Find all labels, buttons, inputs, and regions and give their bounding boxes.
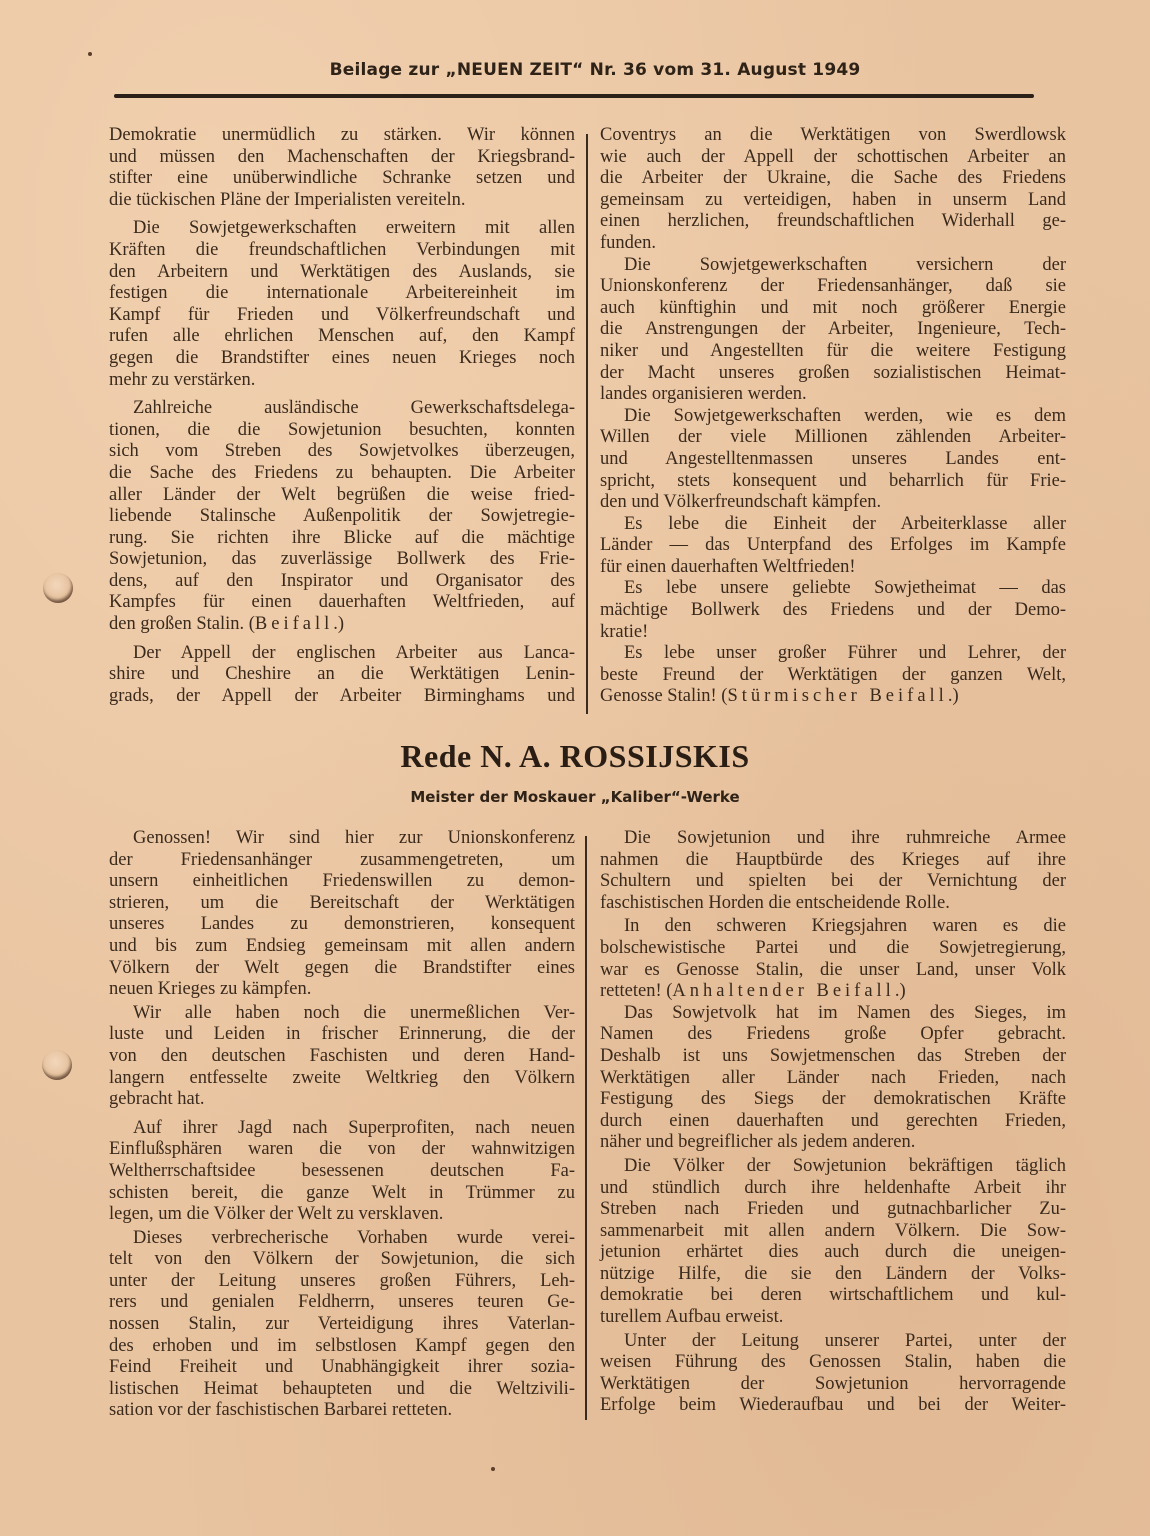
text-line: Kampfes für einen dauerhaften Weltfriede… (109, 592, 575, 614)
text-line: Dieses verbrecherische Vorhaben wurde ve… (109, 1228, 575, 1250)
text-line: und bis zum Endsieg gemeinsam mit allen … (109, 936, 575, 958)
text-line: turellem Aufbau erweist. (600, 1307, 1066, 1329)
text-line: festigen die internationale Arbeitereinh… (109, 283, 575, 305)
text-line-content: telt von den Völkern der Sowjetunion, di… (109, 1249, 575, 1269)
paragraph-gap (109, 211, 575, 218)
text-line-content: Genosse Stalin! ( (600, 686, 727, 706)
text-line-content: sich vom Streben des Sowjetvolkes überze… (109, 441, 575, 461)
text-line: faschistischen Horden die entscheidende … (600, 893, 1066, 915)
text-line: rufen alle ehrlichen Menschen auf, den K… (109, 326, 575, 348)
text-line-content: retteten! ( (600, 981, 672, 1001)
text-line: unseres Landes zu demonstrieren, konsequ… (109, 914, 575, 936)
bottom-left-column: Genossen! Wir sind hier zur Unionskonfer… (109, 828, 575, 1422)
text-line-content: die Arbeiter der Ukraine, die Sache des … (600, 168, 1066, 188)
text-line-content: demokratie bei deren wirtschaftlichem un… (600, 1285, 1066, 1305)
text-line: nahmen die Hauptbürde des Krieges auf ih… (600, 850, 1066, 872)
text-line-content: Kampfes für einen dauerhaften Weltfriede… (109, 592, 575, 612)
text-line-content: den Arbeitern und Werktätigen des Auslan… (109, 262, 575, 282)
text-line: telt von den Völkern der Sowjetunion, di… (109, 1249, 575, 1271)
text-line-suffix: .) (948, 686, 959, 706)
text-line: listischen Heimat behaupteten und die We… (109, 1379, 575, 1401)
text-line: Festigung des Siegs der demokratischen K… (600, 1089, 1066, 1111)
text-line-content: Länder — das Unterpfand des Erfolges im … (600, 535, 1066, 555)
text-line: mehr zu verstärken. (109, 370, 575, 392)
text-line-suffix: .) (333, 614, 344, 634)
text-line-content: Weltherrschaftsidee besessenen deutschen… (109, 1161, 575, 1181)
text-line-content: Die Völker der Sowjetunion bekräftigen t… (624, 1156, 1066, 1176)
text-line-content: Schultern und spielten bei der Vernichtu… (600, 871, 1066, 891)
text-line-content: landes organisieren werden. (600, 384, 807, 404)
text-line: Willen der viele Millionen zählenden Arb… (600, 427, 1066, 449)
text-line: Der Appell der englischen Arbeiter aus L… (109, 643, 575, 665)
text-line: niker und Angestellten für die weitere F… (600, 341, 1066, 363)
text-line-content: weisen Führung des Genossen Stalin, habe… (600, 1352, 1066, 1372)
text-line: neuen Krieges zu kämpfen. (109, 979, 575, 1001)
text-line-content: von den deutschen Faschisten und deren H… (109, 1046, 575, 1066)
text-line: tionen, die die Sowjetunion besuchten, k… (109, 420, 575, 442)
applause-note: Beifall (255, 614, 333, 634)
top-left-column: Demokratie unermüdlich zu stärken. Wir k… (109, 125, 575, 707)
text-line: die Anstrengungen der Arbeiter, Ingenieu… (600, 319, 1066, 341)
text-line: Die Sowjetgewerkschaften versichern der (600, 255, 1066, 277)
text-line-content: und müssen den Machenschaften der Kriegs… (109, 147, 575, 167)
text-line-content: sammenarbeit mit allen andern Völkern. D… (600, 1221, 1066, 1241)
text-line-content: Sowjetunion, das zuverlässige Bollwerk d… (109, 549, 575, 569)
text-line-content: aller Länder der Welt begrüßen die weise… (109, 485, 575, 505)
text-line-content: Völkern der Welt gegen die Brandstifter … (109, 958, 575, 978)
text-line: nützige Hilfe, die sie den Ländern der V… (600, 1264, 1066, 1286)
text-line-content: wie auch der Appell der schottischen Arb… (600, 147, 1066, 167)
text-line-content: und bis zum Endsieg gemeinsam mit allen … (109, 936, 575, 956)
text-line: shire und Cheshire an die Werktätigen Le… (109, 664, 575, 686)
text-line-content: spricht, stets konsequent und beharrlich… (600, 471, 1066, 491)
punch-hole (43, 573, 73, 603)
text-line: Kampf für Frieden und Völkerfreundschaft… (109, 305, 575, 327)
text-line: die tückischen Pläne der Imperialisten v… (109, 190, 575, 212)
paragraph-gap (109, 1111, 575, 1118)
text-line-content: des erhoben und im selbstlosen Kampf geg… (109, 1336, 575, 1356)
text-line: Die Sowjetunion und ihre ruhmreiche Arme… (600, 828, 1066, 850)
text-line: demokratie bei deren wirtschaftlichem un… (600, 1285, 1066, 1307)
text-line: Die Völker der Sowjetunion bekräftigen t… (600, 1156, 1066, 1178)
text-line: mächtige Bollwerk des Friedens und der D… (600, 600, 1066, 622)
text-line-content: Die Sowjetgewerkschaften werden, wie es … (624, 406, 1066, 426)
text-line: einen herzlichen, freundschaftlichen Wid… (600, 211, 1066, 233)
text-line-content: niker und Angestellten für die weitere F… (600, 341, 1066, 361)
text-line-content: rufen alle ehrlichen Menschen auf, den K… (109, 326, 575, 346)
text-line: Weltherrschaftsidee besessenen deutschen… (109, 1161, 575, 1183)
text-line-content: Coventrys an die Werktätigen von Swerdlo… (600, 125, 1066, 145)
text-line-content: listischen Heimat behaupteten und die We… (109, 1379, 575, 1399)
text-line-content: bolschewistische Partei und die Sowjetre… (600, 938, 1066, 958)
text-line: und stündlich durch ihre heldenhafte Arb… (600, 1178, 1066, 1200)
text-line: den und Völkerfreundschaft kämpfen. (600, 492, 1066, 514)
text-line: Länder — das Unterpfand des Erfolges im … (600, 535, 1066, 557)
article-title: Rede N. A. ROSSIJSKIS (0, 738, 1150, 775)
text-line: In den schweren Kriegsjahren waren es di… (600, 916, 1066, 938)
text-line: Das Sowjetvolk hat im Namen des Sieges, … (600, 1003, 1066, 1025)
text-line: rers und genialen Feldherrn, unseres teu… (109, 1292, 575, 1314)
text-line: strieren, um die Bereitschaft der Werktä… (109, 893, 575, 915)
text-line-content: Unionskonferenz der Friedensanhänger, da… (600, 276, 1066, 296)
text-line-content: legen, um die Völker der Welt zu verskla… (109, 1204, 443, 1224)
text-line: bolschewistische Partei und die Sowjetre… (600, 938, 1066, 960)
text-line-content: die Anstrengungen der Arbeiter, Ingenieu… (600, 319, 1066, 339)
text-line-content: Der Appell der englischen Arbeiter aus L… (133, 643, 575, 663)
text-line: war es Genosse Stalin, die unser Land, u… (600, 960, 1066, 982)
text-line: Zahlreiche ausländische Gewerkschaftsdel… (109, 398, 575, 420)
text-line: der Friedensanhänger zusammengetreten, u… (109, 850, 575, 872)
text-line-content: Feind Freiheit und Unabhängigkeit ihrer … (109, 1357, 575, 1377)
text-line: Namen des Friedens große Opfer gebracht. (600, 1024, 1066, 1046)
bottom-right-column: Die Sowjetunion und ihre ruhmreiche Arme… (600, 828, 1066, 1417)
text-line-content: Festigung des Siegs der demokratischen K… (600, 1089, 1066, 1109)
text-line: nossen Stalin, zur Verteidigung ihres Va… (109, 1314, 575, 1336)
text-line-content: der Macht unseres großen sozialistischen… (600, 363, 1066, 383)
text-line-content: rers und genialen Feldherrn, unseres teu… (109, 1292, 575, 1312)
text-line: Deshalb ist uns Sowjetmenschen das Streb… (600, 1046, 1066, 1068)
text-line: und Angestelltenmassen unseres Landes en… (600, 449, 1066, 471)
text-line: Die Sowjetgewerkschaften erweitern mit a… (109, 218, 575, 240)
text-line-content: jetunion erhärtet dies auch durch die un… (600, 1242, 1066, 1262)
text-line-content: Das Sowjetvolk hat im Namen des Sieges, … (624, 1003, 1066, 1023)
text-line: sation vor der faschistischen Barbarei r… (109, 1400, 575, 1422)
text-line-content: shire und Cheshire an die Werktätigen Le… (109, 664, 575, 684)
text-line-content: mächtige Bollwerk des Friedens und der D… (600, 600, 1066, 620)
text-line-content: Deshalb ist uns Sowjetmenschen das Streb… (600, 1046, 1066, 1066)
top-right-column: Coventrys an die Werktätigen von Swerdlo… (600, 125, 1066, 708)
text-line: sammenarbeit mit allen andern Völkern. D… (600, 1221, 1066, 1243)
text-line-content: unter der Leitung unseres großen Führers… (109, 1271, 575, 1291)
text-line-content: turellem Aufbau erweist. (600, 1307, 783, 1327)
text-line: weisen Führung des Genossen Stalin, habe… (600, 1352, 1066, 1374)
text-line-content: Es lebe die Einheit der Arbeiterklasse a… (624, 514, 1066, 534)
text-line-content: und stündlich durch ihre heldenhafte Arb… (600, 1178, 1066, 1198)
text-line: gegen die Brandstifter eines neuen Krieg… (109, 348, 575, 370)
text-line-content: und Angestelltenmassen unseres Landes en… (600, 449, 1066, 469)
text-line: die Arbeiter der Ukraine, die Sache des … (600, 168, 1066, 190)
text-line-content: den und Völkerfreundschaft kämpfen. (600, 492, 881, 512)
text-line-content: sation vor der faschistischen Barbarei r… (109, 1400, 452, 1420)
text-line-content: Namen des Friedens große Opfer gebracht. (600, 1024, 1066, 1044)
text-line: stifter eine unüberwindliche Schranke se… (109, 168, 575, 190)
text-line-content: stifter eine unüberwindliche Schranke se… (109, 168, 575, 188)
text-line: gemeinsam zu verteidigen, haben in unser… (600, 190, 1066, 212)
text-line: Es lebe die Einheit der Arbeiterklasse a… (600, 514, 1066, 536)
text-line: Unionskonferenz der Friedensanhänger, da… (600, 276, 1066, 298)
text-line: dens, auf den Inspirator und Organisator… (109, 571, 575, 593)
text-line-content: einen herzlichen, freundschaftlichen Wid… (600, 211, 1066, 231)
text-line: landes organisieren werden. (600, 384, 1066, 406)
text-line: jetunion erhärtet dies auch durch die un… (600, 1242, 1066, 1264)
article-subtitle: Meister der Moskauer „Kaliber“-Werke (0, 788, 1150, 806)
text-line: grads, der Appell der Arbeiter Birmingha… (109, 686, 575, 708)
text-line-content: Unter der Leitung unserer Partei, unter … (624, 1331, 1066, 1351)
text-line: näher und begreiflicher als jedem andere… (600, 1132, 1066, 1154)
text-line: unter der Leitung unseres großen Führers… (109, 1271, 575, 1293)
paper-speck (491, 1467, 495, 1471)
text-line: retteten! (Anhaltender Beifall.) (600, 981, 1066, 1003)
text-line: die Sache des Friedens zu behaupten. Die… (109, 463, 575, 485)
text-line-content: Kräften die freundschaftlichen Verbindun… (109, 240, 575, 260)
text-line: den Arbeitern und Werktätigen des Auslan… (109, 262, 575, 284)
paper-speck (88, 52, 92, 56)
paragraph-gap (109, 391, 575, 398)
text-line: sich vom Streben des Sowjetvolkes überze… (109, 441, 575, 463)
text-line: luste und Leiden in frischer Erinnerung,… (109, 1024, 575, 1046)
text-line: Streben nach Frieden und gutnachbarliche… (600, 1199, 1066, 1221)
text-line-content: unseres Landes zu demonstrieren, konsequ… (109, 914, 575, 934)
text-line-content: mehr zu verstärken. (109, 370, 255, 390)
text-line-content: auch künftighin und mit noch größerer En… (600, 298, 1066, 318)
text-line-content: nahmen die Hauptbürde des Krieges auf ih… (600, 850, 1066, 870)
text-line-content: der Friedensanhänger zusammengetreten, u… (109, 850, 575, 870)
text-line-content: Wir alle haben noch die unermeßlichen Ve… (133, 1003, 575, 1023)
text-line-content: Die Sowjetgewerkschaften versichern der (624, 255, 1066, 275)
text-line: beste Freund der Werktätigen der ganzen … (600, 665, 1066, 687)
text-line-content: nützige Hilfe, die sie den Ländern der V… (600, 1264, 1066, 1284)
text-line-content: Erfolge beim Wiederaufbau und bei der We… (600, 1395, 1066, 1415)
text-line: rung. Sie richten ihre Blicke auf die mä… (109, 528, 575, 550)
text-line-content: schisten bereit, die ganze Welt in Trümm… (109, 1183, 575, 1203)
text-line: spricht, stets konsequent und beharrlich… (600, 471, 1066, 493)
text-line-content: grads, der Appell der Arbeiter Birmingha… (109, 686, 575, 706)
text-line-content: Es lebe unsere geliebte Sowjetheimat — d… (624, 578, 1066, 598)
text-line: des erhoben und im selbstlosen Kampf geg… (109, 1336, 575, 1358)
text-line-content: Die Sowjetgewerkschaften erweitern mit a… (133, 218, 575, 238)
text-line: Erfolge beim Wiederaufbau und bei der We… (600, 1395, 1066, 1417)
text-line-content: tionen, die die Sowjetunion besuchten, k… (109, 420, 575, 440)
text-line-content: strieren, um die Bereitschaft der Werktä… (109, 893, 575, 913)
text-line: für einen dauerhaften Weltfrieden! (600, 557, 1066, 579)
text-line-content: faschistischen Horden die entscheidende … (600, 893, 950, 913)
text-line: der Macht unseres großen sozialistischen… (600, 363, 1066, 385)
text-line-content: Demokratie unermüdlich zu stärken. Wir k… (109, 125, 575, 145)
text-line: wie auch der Appell der schottischen Arb… (600, 147, 1066, 169)
text-line: von den deutschen Faschisten und deren H… (109, 1046, 575, 1068)
text-line-content: Einflußsphären waren die von der wahnwit… (109, 1139, 575, 1159)
text-line-content: neuen Krieges zu kämpfen. (109, 979, 311, 999)
text-line: Genosse Stalin! (Stürmischer Beifall.) (600, 686, 1066, 708)
applause-note: Anhaltender Beifall (672, 981, 894, 1001)
applause-note: Stürmischer Beifall (727, 686, 947, 706)
punch-hole (42, 1050, 72, 1080)
text-line-content: festigen die internationale Arbeitereinh… (109, 283, 575, 303)
text-line-content: In den schweren Kriegsjahren waren es di… (624, 916, 1066, 936)
text-line: unsern einheitlichen Friedenswillen zu d… (109, 871, 575, 893)
text-line-content: nossen Stalin, zur Verteidigung ihres Va… (109, 1314, 575, 1334)
column-divider (586, 134, 588, 714)
text-line-content: Dieses verbrecherische Vorhaben wurde ve… (133, 1228, 575, 1248)
text-line-suffix: .) (895, 981, 906, 1001)
text-line-content: den großen Stalin. ( (109, 614, 255, 634)
text-line: legen, um die Völker der Welt zu verskla… (109, 1204, 575, 1226)
text-line: Die Sowjetgewerkschaften werden, wie es … (600, 406, 1066, 428)
text-line: funden. (600, 233, 1066, 255)
page-header-supplement-line: Beilage zur „NEUEN ZEIT“ Nr. 36 vom 31. … (0, 60, 1150, 80)
text-line: Genossen! Wir sind hier zur Unionskonfer… (109, 828, 575, 850)
text-line: den großen Stalin. (Beifall.) (109, 614, 575, 636)
text-line: gebracht hat. (109, 1089, 575, 1111)
text-line-content: liebende Stalinsche Außenpolitik der Sow… (109, 506, 575, 526)
text-line: Völkern der Welt gegen die Brandstifter … (109, 958, 575, 980)
text-line-content: für einen dauerhaften Weltfrieden! (600, 557, 856, 577)
text-line: Werktätigen der Sowjetunion hervorragend… (600, 1374, 1066, 1396)
text-line: Coventrys an die Werktätigen von Swerdlo… (600, 125, 1066, 147)
column-divider (585, 836, 587, 1420)
text-line: Kräften die freundschaftlichen Verbindun… (109, 240, 575, 262)
text-line-content: beste Freund der Werktätigen der ganzen … (600, 665, 1066, 685)
text-line-content: gegen die Brandstifter eines neuen Krieg… (109, 348, 575, 368)
text-line: Auf ihrer Jagd nach Superprofiten, nach … (109, 1118, 575, 1140)
text-line: und müssen den Machenschaften der Kriegs… (109, 147, 575, 169)
text-line: Es lebe unsere geliebte Sowjetheimat — d… (600, 578, 1066, 600)
paragraph-gap (109, 636, 575, 643)
text-line: durch einen dauerhaften und gerechten Fr… (600, 1111, 1066, 1133)
text-line-content: durch einen dauerhaften und gerechten Fr… (600, 1111, 1066, 1131)
text-line: Unter der Leitung unserer Partei, unter … (600, 1331, 1066, 1353)
header-rule (114, 94, 1034, 98)
text-line-content: gebracht hat. (109, 1089, 205, 1109)
text-line: Demokratie unermüdlich zu stärken. Wir k… (109, 125, 575, 147)
text-line-content: Werktätigen aller Länder nach Frieden, n… (600, 1068, 1066, 1088)
text-line-content: näher und begreiflicher als jedem andere… (600, 1132, 915, 1152)
text-line: Feind Freiheit und Unabhängigkeit ihrer … (109, 1357, 575, 1379)
text-line: Sowjetunion, das zuverlässige Bollwerk d… (109, 549, 575, 571)
text-line: Wir alle haben noch die unermeßlichen Ve… (109, 1003, 575, 1025)
text-line-content: Die Sowjetunion und ihre ruhmreiche Arme… (624, 828, 1066, 848)
text-line: liebende Stalinsche Außenpolitik der Sow… (109, 506, 575, 528)
text-line-content: Willen der viele Millionen zählenden Arb… (600, 427, 1066, 447)
text-line: Schultern und spielten bei der Vernichtu… (600, 871, 1066, 893)
text-line: Einflußsphären waren die von der wahnwit… (109, 1139, 575, 1161)
text-line: kratie! (600, 622, 1066, 644)
text-line-content: Genossen! Wir sind hier zur Unionskonfer… (133, 828, 575, 848)
text-line-content: Streben nach Frieden und gutnachbarliche… (600, 1199, 1066, 1219)
text-line-content: Werktätigen der Sowjetunion hervorragend… (600, 1374, 1066, 1394)
text-line-content: Kampf für Frieden und Völkerfreundschaft… (109, 305, 575, 325)
text-line-content: funden. (600, 233, 656, 253)
text-line-content: kratie! (600, 622, 648, 642)
text-line-content: Auf ihrer Jagd nach Superprofiten, nach … (133, 1118, 575, 1138)
text-line-content: rung. Sie richten ihre Blicke auf die mä… (109, 528, 575, 548)
text-line-content: unsern einheitlichen Friedenswillen zu d… (109, 871, 575, 891)
text-line-content: dens, auf den Inspirator und Organisator… (109, 571, 575, 591)
text-line-content: die Sache des Friedens zu behaupten. Die… (109, 463, 575, 483)
text-line: Es lebe unser großer Führer und Lehrer, … (600, 643, 1066, 665)
text-line-content: Zahlreiche ausländische Gewerkschaftsdel… (133, 398, 575, 418)
text-line-content: luste und Leiden in frischer Erinnerung,… (109, 1024, 575, 1044)
text-line-content: langern entfesselte zweite Weltkrieg den… (109, 1068, 575, 1088)
text-line: Werktätigen aller Länder nach Frieden, n… (600, 1068, 1066, 1090)
text-line: schisten bereit, die ganze Welt in Trümm… (109, 1183, 575, 1205)
text-line-content: gemeinsam zu verteidigen, haben in unser… (600, 190, 1066, 210)
text-line-content: Es lebe unser großer Führer und Lehrer, … (624, 643, 1066, 663)
text-line-content: die tückischen Pläne der Imperialisten v… (109, 190, 466, 210)
text-line: auch künftighin und mit noch größerer En… (600, 298, 1066, 320)
text-line: aller Länder der Welt begrüßen die weise… (109, 485, 575, 507)
text-line: langern entfesselte zweite Weltkrieg den… (109, 1068, 575, 1090)
text-line-content: war es Genosse Stalin, die unser Land, u… (600, 960, 1066, 980)
